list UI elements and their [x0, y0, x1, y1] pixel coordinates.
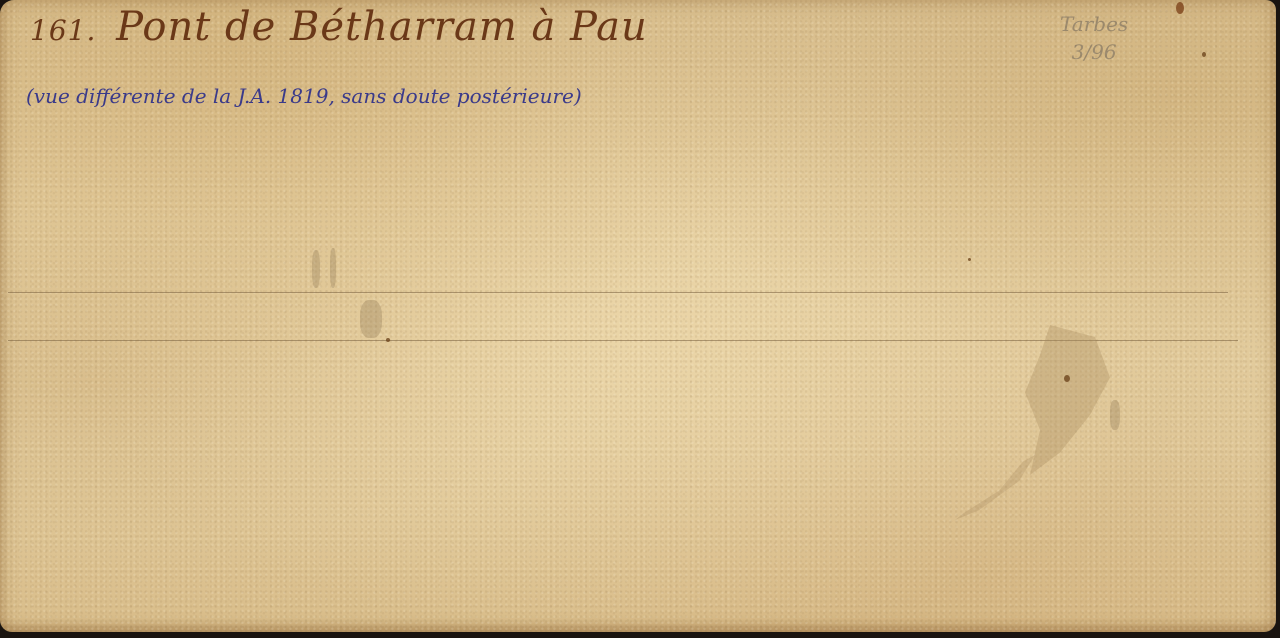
edge-stain	[1176, 2, 1184, 14]
dark-spot	[968, 258, 971, 261]
water-stain-tail	[955, 455, 1035, 520]
smudge	[330, 248, 336, 288]
dark-spot	[1202, 52, 1206, 57]
water-stain	[1010, 325, 1110, 475]
handwritten-title: 161. Pont de Bétharram à Pau	[30, 4, 648, 50]
ruled-line-top	[8, 292, 1228, 293]
smudge	[312, 250, 320, 288]
smudge	[1110, 400, 1120, 430]
handwritten-note: (vue différente de la J.A. 1819, sans do…	[26, 84, 582, 108]
pencil-annotation: Tarbes 3/96	[1060, 10, 1128, 66]
title-text: Pont de Bétharram à Pau	[116, 4, 648, 50]
card-back: 161. Pont de Bétharram à Pau (vue différ…	[0, 0, 1276, 632]
rust-spot	[1064, 375, 1070, 382]
smudge	[360, 300, 382, 338]
dark-spot	[386, 338, 390, 342]
pencil-location: Tarbes	[1060, 10, 1128, 38]
catalog-number: 161.	[30, 14, 96, 47]
pencil-number: 3/96	[1060, 38, 1128, 66]
